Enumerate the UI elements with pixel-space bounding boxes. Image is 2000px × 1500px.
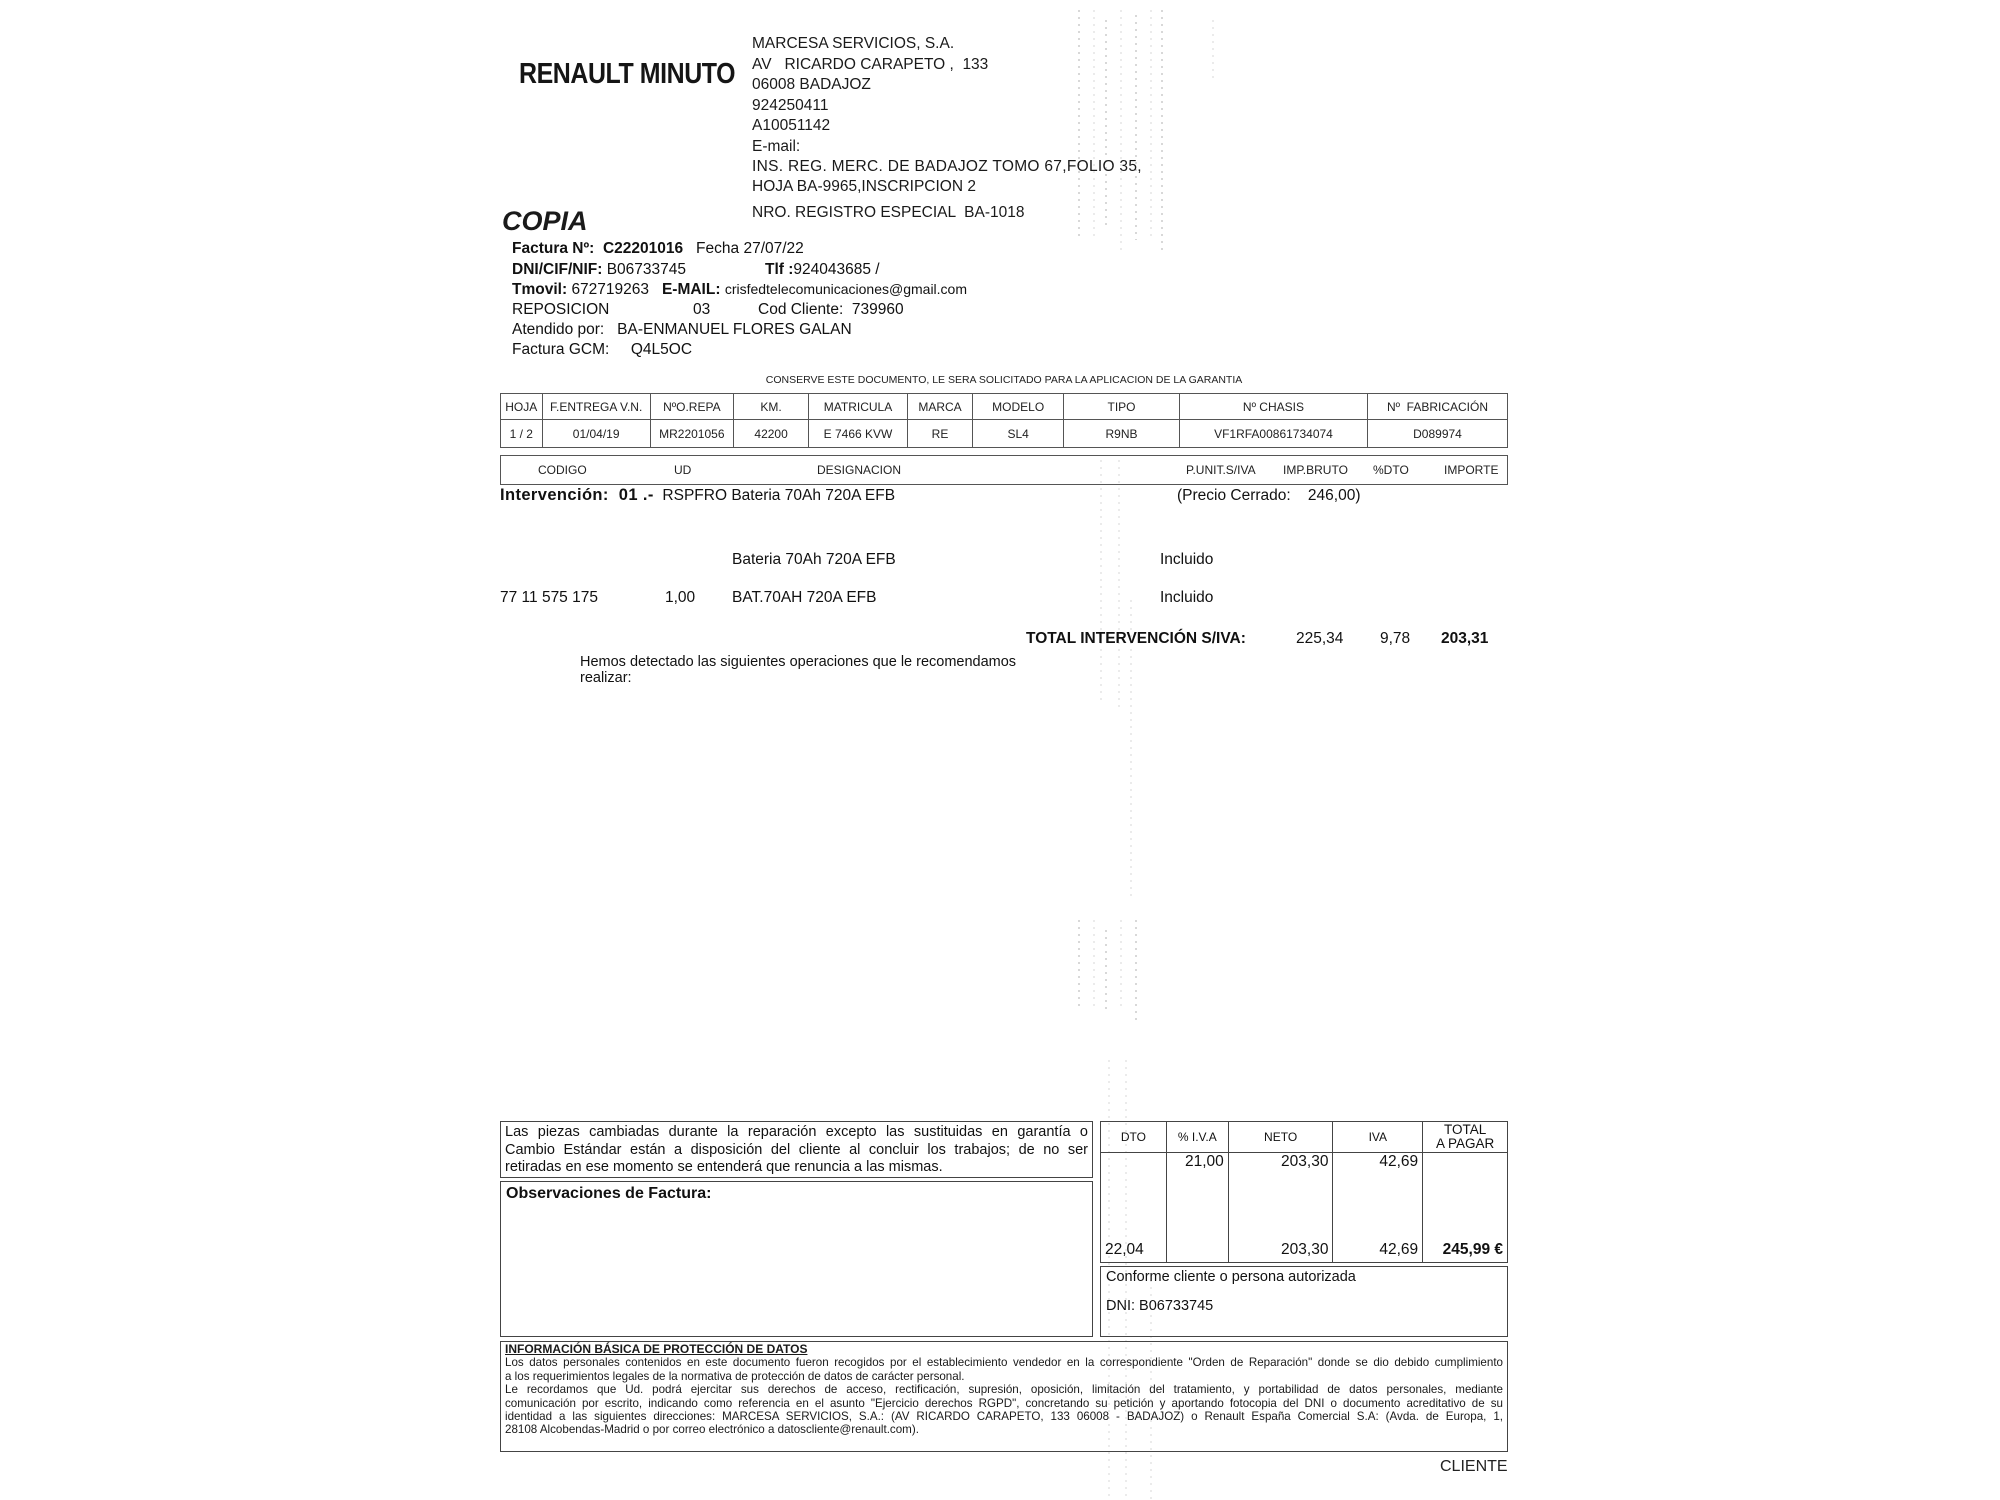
data-protection-line: comunicación por escrito, indicando como… xyxy=(505,1397,1503,1410)
totals-summary-neto: 203,30 xyxy=(1228,1179,1333,1263)
tlf-label: Tlf : xyxy=(765,261,793,278)
recommendation-line1: Hemos detectado las siguientes operacion… xyxy=(580,654,1016,670)
vehicle-value-row: 1 / 2 01/04/19 MR2201056 42200 E 7466 KV… xyxy=(501,420,1508,448)
vehicle-header-cell: HOJA xyxy=(501,394,543,420)
copy-label: COPIA xyxy=(502,206,588,237)
vehicle-value-cell: MR2201056 xyxy=(650,420,733,448)
totals-table: DTO % I.V.A NETO IVA TOTAL A PAGAR 21,00… xyxy=(1100,1121,1508,1263)
vehicle-header-cell: MARCA xyxy=(907,394,973,420)
data-protection-box: INFORMACIÓN BÁSICA DE PROTECCIÓN DE DATO… xyxy=(500,1341,1508,1452)
gcm-value: Q4L5OC xyxy=(631,341,692,358)
invoice-number: C22201016 xyxy=(603,240,683,257)
client-email-label: E-MAIL: xyxy=(662,281,721,298)
data-protection-title: INFORMACIÓN BÁSICA DE PROTECCIÓN DE DATO… xyxy=(505,1343,1503,1356)
observations-box: Observaciones de Factura: xyxy=(500,1181,1093,1337)
total-to-pay: 245,99 € xyxy=(1423,1179,1508,1263)
brand-logo: RENAULT MINUTO xyxy=(519,58,735,91)
dni-label: DNI/CIF/NIF: xyxy=(512,261,602,278)
invoice-number-label: Factura Nº: xyxy=(512,240,594,257)
vehicle-value-cell: VF1RFA00861734074 xyxy=(1179,420,1367,448)
recommendation-line2: realizar: xyxy=(580,670,1016,686)
mobile-value: 672719263 xyxy=(571,281,649,298)
client-code-label: Cod Cliente: xyxy=(758,301,843,318)
invoice-number-line: Factura Nº: C22201016 Fecha 27/07/22 xyxy=(512,240,804,258)
company-cif: A10051142 xyxy=(752,116,1142,137)
vehicle-value-cell: 01/04/19 xyxy=(542,420,650,448)
vehicle-header-cell: Nº CHASIS xyxy=(1179,394,1367,420)
invoice-date-label: Fecha xyxy=(696,240,739,257)
line-item-status: Incluido xyxy=(1160,589,1213,607)
intervention-total-label: TOTAL INTERVENCIÓN S/IVA: xyxy=(1026,630,1246,648)
tlf-value: 924043685 / xyxy=(793,261,879,278)
totals-neto: 203,30 xyxy=(1228,1153,1333,1180)
totals-header-iva-pct: % I.V.A xyxy=(1166,1122,1228,1153)
intervention-total-importe: 203,31 xyxy=(1441,630,1488,648)
recommendation-note: Hemos detectado las siguientes operacion… xyxy=(580,654,1016,686)
copy-recipient: CLIENTE xyxy=(1440,1458,1508,1476)
col-codigo: CODIGO xyxy=(538,463,587,477)
line-item-designation: Bateria 70Ah 720A EFB xyxy=(732,551,896,569)
tlf-line: Tlf :924043685 / xyxy=(765,261,880,279)
line-items-header: CODIGO UD DESIGNACION P.UNIT.S/IVA IMP.B… xyxy=(500,455,1508,485)
client-email: crisfedtelecomunicaciones@gmail.com xyxy=(725,281,967,297)
vehicle-header-cell: KM. xyxy=(733,394,808,420)
vehicle-value-cell: D089974 xyxy=(1367,420,1507,448)
company-registry-line2: HOJA BA-9965,INSCRIPCION 2 xyxy=(752,178,1142,195)
company-info: MARCESA SERVICIOS, S.A. AV RICARDO CARAP… xyxy=(752,34,1142,223)
line-item-code: 77 11 575 175 xyxy=(500,589,598,607)
attended-label: Atendido por: xyxy=(512,321,604,338)
line-item-designation: BAT.70AH 720A EFB xyxy=(732,589,876,607)
data-protection-line: a los requerimientos legales de la norma… xyxy=(505,1370,1503,1383)
parts-notice-line1: Las piezas cambiadas durante la reparaci… xyxy=(505,1124,1088,1142)
data-protection-line: 28108 Alcobendas-Madrid o por correo ele… xyxy=(505,1423,1503,1436)
col-importe: IMPORTE xyxy=(1444,463,1498,477)
totals-header-total-2: A PAGAR xyxy=(1427,1137,1503,1151)
parts-notice-line2: Cambio Estándar están a disposición del … xyxy=(505,1142,1088,1160)
dni-value: B06733745 xyxy=(607,261,686,278)
totals-header-total: TOTAL A PAGAR xyxy=(1423,1122,1508,1153)
client-code: 739960 xyxy=(852,301,904,318)
vehicle-value-cell: 42200 xyxy=(733,420,808,448)
gcm-line: Factura GCM: Q4L5OC xyxy=(512,341,692,359)
totals-header-iva: IVA xyxy=(1333,1122,1423,1153)
col-imp-bruto: IMP.BRUTO xyxy=(1283,463,1348,477)
col-ud: UD xyxy=(674,463,691,477)
company-city: 06008 BADAJOZ xyxy=(752,75,1142,96)
totals-header-dto: DTO xyxy=(1101,1122,1167,1153)
mobile-line: Tmovil: 672719263 E-MAIL: crisfedtelecom… xyxy=(512,281,967,299)
vehicle-value-cell: E 7466 KVW xyxy=(809,420,907,448)
vehicle-header-cell: Nº FABRICACIÓN xyxy=(1367,394,1507,420)
parts-notice: Las piezas cambiadas durante la reparaci… xyxy=(500,1121,1093,1178)
observations-label: Observaciones de Factura: xyxy=(506,1185,711,1202)
dni-line: DNI/CIF/NIF: B06733745 xyxy=(512,261,686,279)
vehicle-table: HOJA F.ENTREGA V.N. NºO.REPA KM. MATRICU… xyxy=(500,393,1508,448)
totals-summary-iva: 42,69 xyxy=(1333,1179,1423,1263)
line-item-qty: 1,00 xyxy=(665,589,695,607)
totals-iva: 42,69 xyxy=(1333,1153,1423,1180)
parts-notice-line3: retiradas en ese momento se entenderá qu… xyxy=(505,1159,1088,1177)
intervention-label: Intervención: 01 .- xyxy=(500,486,654,504)
closed-price: (Precio Cerrado: 246,00) xyxy=(1177,487,1361,505)
data-protection-line: identidad a las siguientes direcciones: … xyxy=(505,1410,1503,1423)
signature-box: Conforme cliente o persona autorizada DN… xyxy=(1100,1266,1508,1337)
vehicle-header-cell: NºO.REPA xyxy=(650,394,733,420)
signature-label: Conforme cliente o persona autorizada xyxy=(1106,1269,1502,1285)
vehicle-header-cell: F.ENTREGA V.N. xyxy=(542,394,650,420)
totals-iva-pct: 21,00 xyxy=(1166,1153,1228,1180)
totals-header-row: DTO % I.V.A NETO IVA TOTAL A PAGAR xyxy=(1101,1122,1508,1153)
data-protection-line: Le recordamos que Ud. podrá ejercitar su… xyxy=(505,1383,1503,1396)
line-item-status: Incluido xyxy=(1160,551,1213,569)
company-name: MARCESA SERVICIOS, S.A. xyxy=(752,34,1142,55)
mobile-label: Tmovil: xyxy=(512,281,567,298)
vehicle-header-cell: MODELO xyxy=(973,394,1064,420)
vehicle-value-cell: R9NB xyxy=(1064,420,1180,448)
totals-summary-dto: 22,04 xyxy=(1101,1179,1167,1263)
attended-line: Atendido por: BA-ENMANUEL FLORES GALAN xyxy=(512,321,852,339)
signature-dni: DNI: B06733745 xyxy=(1106,1298,1502,1314)
col-designacion: DESIGNACION xyxy=(817,463,901,477)
intervention-heading: Intervención: 01 .- RSPFRO Bateria 70Ah … xyxy=(500,486,895,505)
intervention-total-bruto: 225,34 xyxy=(1296,630,1343,648)
intervention-description: RSPFRO Bateria 70Ah 720A EFB xyxy=(662,487,895,504)
vehicle-value-cell: 1 / 2 xyxy=(501,420,543,448)
company-phone: 924250411 xyxy=(752,96,1142,117)
company-address: AV RICARDO CARAPETO , 133 xyxy=(752,55,1142,76)
company-registry-line1: INS. REG. MERC. DE BADAJOZ TOMO 67,FOLIO… xyxy=(752,157,1142,178)
totals-header-neto: NETO xyxy=(1228,1122,1333,1153)
vehicle-value-cell: SL4 xyxy=(973,420,1064,448)
warranty-notice: CONSERVE ESTE DOCUMENTO, LE SERA SOLICIT… xyxy=(766,374,1243,386)
totals-rate-row: 21,00 203,30 42,69 xyxy=(1101,1153,1508,1180)
vehicle-header-cell: MATRICULA xyxy=(809,394,907,420)
data-protection-line: Los datos personales contenidos en este … xyxy=(505,1356,1503,1369)
invoice-date: 27/07/22 xyxy=(743,240,803,257)
totals-summary-row: 22,04 203,30 42,69 245,99 € xyxy=(1101,1179,1508,1263)
col-punit: P.UNIT.S/IVA xyxy=(1186,463,1256,477)
vehicle-header-cell: TIPO xyxy=(1064,394,1180,420)
attended-by: BA-ENMANUEL FLORES GALAN xyxy=(617,321,852,338)
company-special-registry: NRO. REGISTRO ESPECIAL BA-1018 xyxy=(752,203,1142,224)
invoice-type: REPOSICION xyxy=(512,301,609,319)
vehicle-header-row: HOJA F.ENTREGA V.N. NºO.REPA KM. MATRICU… xyxy=(501,394,1508,420)
intervention-total-dto: 9,78 xyxy=(1380,630,1410,648)
totals-header-total-1: TOTAL xyxy=(1427,1123,1503,1137)
col-dto: %DTO xyxy=(1373,463,1409,477)
client-code-line: Cod Cliente: 739960 xyxy=(758,301,904,319)
gcm-label: Factura GCM: xyxy=(512,341,609,358)
company-email-label: E-mail: xyxy=(752,137,1142,158)
vehicle-value-cell: RE xyxy=(907,420,973,448)
invoice-type-code: 03 xyxy=(693,301,710,319)
